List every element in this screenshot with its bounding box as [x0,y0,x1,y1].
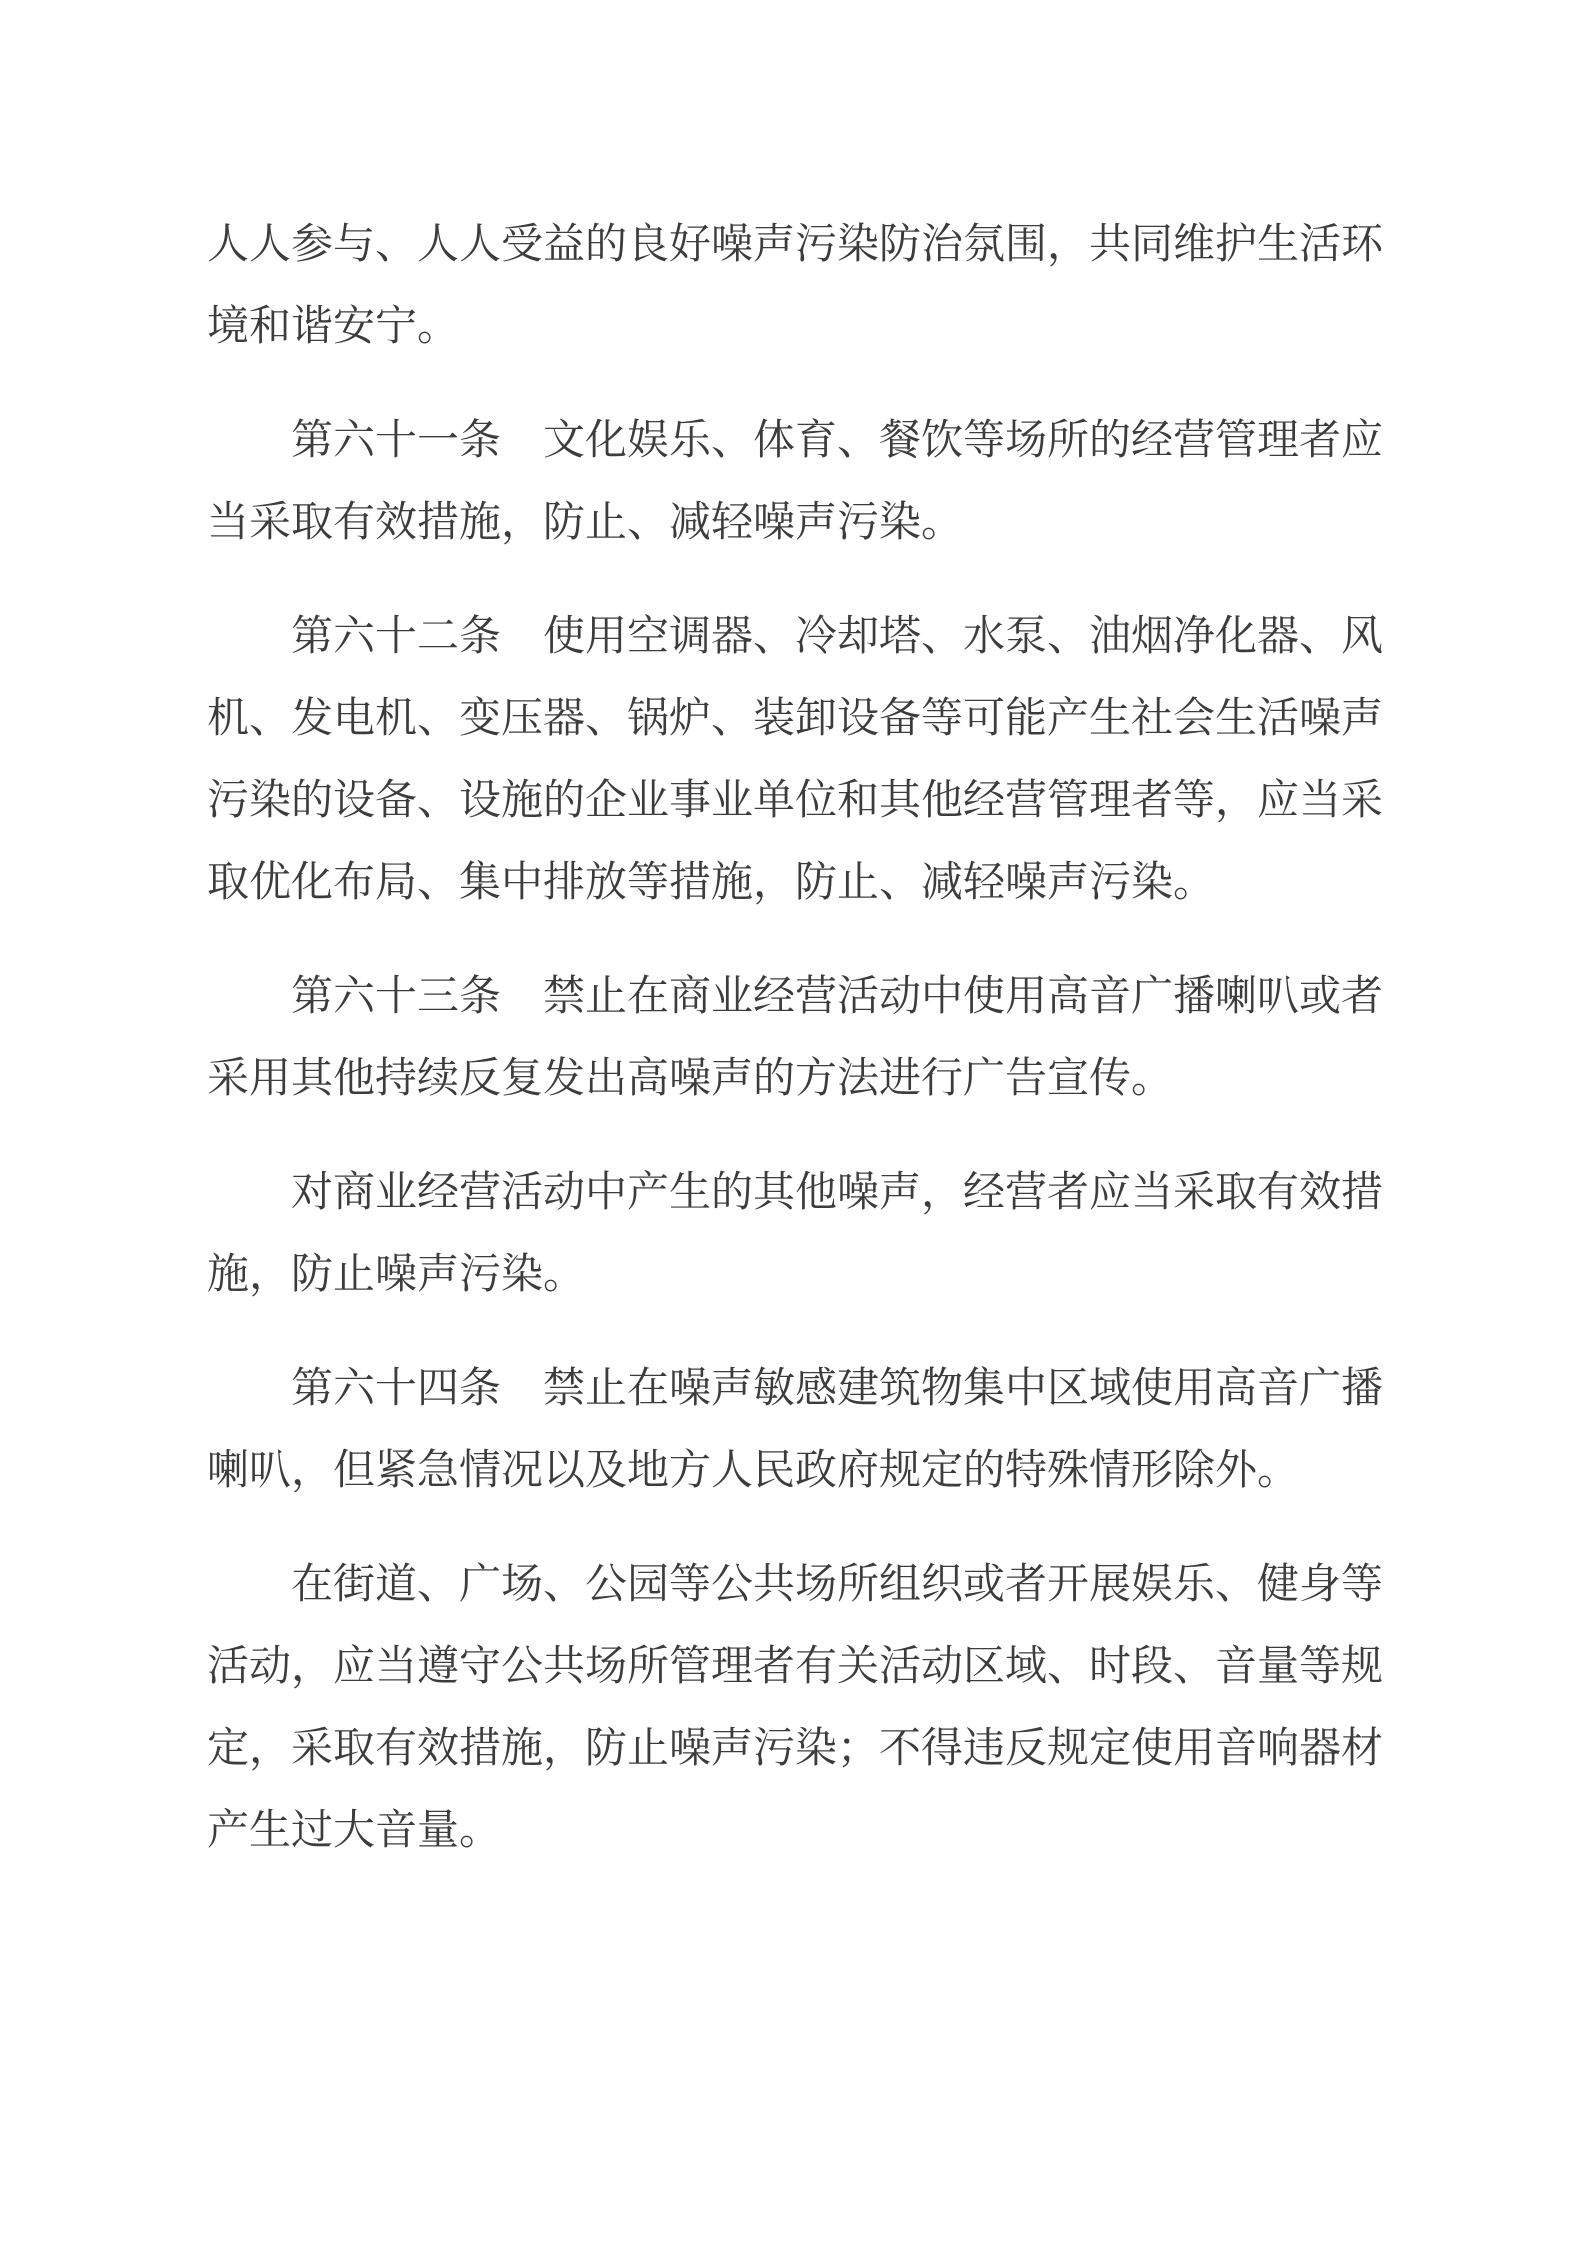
article-62: 第六十二条 使用空调器、冷却塔、水泵、油烟净化器、风机、发电机、变压器、锅炉、装… [207,595,1381,923]
text-line: 当采取有效措施，防止、减轻噪声污染。 [207,481,1381,563]
article-61: 第六十一条 文化娱乐、体育、餐饮等场所的经营管理者应当采取有效措施，防止、减轻噪… [207,399,1381,563]
text-line: 境和谐安宁。 [207,285,1381,367]
text-line: 人人参与、人人受益的良好噪声污染防治氛围，共同维护生活环 [207,203,1381,285]
text-line: 定，采取有效措施，防止噪声污染；不得违反规定使用音响器材 [207,1707,1381,1789]
text-line: 机、发电机、变压器、锅炉、装卸设备等可能产生社会生活噪声 [207,677,1381,759]
article-63-paragraph-2: 对商业经营活动中产生的其他噪声，经营者应当采取有效措施，防止噪声污染。 [207,1151,1381,1315]
text-line: 第六十三条 禁止在商业经营活动中使用高音广播喇叭或者 [207,955,1381,1037]
text-line: 取优化布局、集中排放等措施，防止、减轻噪声污染。 [207,841,1381,923]
text-line: 活动，应当遵守公共场所管理者有关活动区域、时段、音量等规 [207,1625,1381,1707]
paragraph-continuation: 人人参与、人人受益的良好噪声污染防治氛围，共同维护生活环境和谐安宁。 [207,203,1381,367]
article-64: 第六十四条 禁止在噪声敏感建筑物集中区域使用高音广播喇叭，但紧急情况以及地方人民… [207,1347,1381,1511]
document-body: 人人参与、人人受益的良好噪声污染防治氛围，共同维护生活环境和谐安宁。第六十一条 … [207,203,1381,1903]
text-line: 施，防止噪声污染。 [207,1233,1381,1315]
text-line: 采用其他持续反复发出高噪声的方法进行广告宣传。 [207,1037,1381,1119]
text-line: 第六十二条 使用空调器、冷却塔、水泵、油烟净化器、风 [207,595,1381,677]
article-63: 第六十三条 禁止在商业经营活动中使用高音广播喇叭或者采用其他持续反复发出高噪声的… [207,955,1381,1119]
document-page: 人人参与、人人受益的良好噪声污染防治氛围，共同维护生活环境和谐安宁。第六十一条 … [0,0,1587,2245]
text-line: 污染的设备、设施的企业事业单位和其他经营管理者等，应当采 [207,759,1381,841]
text-line: 第六十一条 文化娱乐、体育、餐饮等场所的经营管理者应 [207,399,1381,481]
article-64-paragraph-2: 在街道、广场、公园等公共场所组织或者开展娱乐、健身等活动，应当遵守公共场所管理者… [207,1543,1381,1871]
text-line: 产生过大音量。 [207,1789,1381,1871]
text-line: 第六十四条 禁止在噪声敏感建筑物集中区域使用高音广播 [207,1347,1381,1429]
text-line: 在街道、广场、公园等公共场所组织或者开展娱乐、健身等 [207,1543,1381,1625]
text-line: 喇叭，但紧急情况以及地方人民政府规定的特殊情形除外。 [207,1429,1381,1511]
text-line: 对商业经营活动中产生的其他噪声，经营者应当采取有效措 [207,1151,1381,1233]
